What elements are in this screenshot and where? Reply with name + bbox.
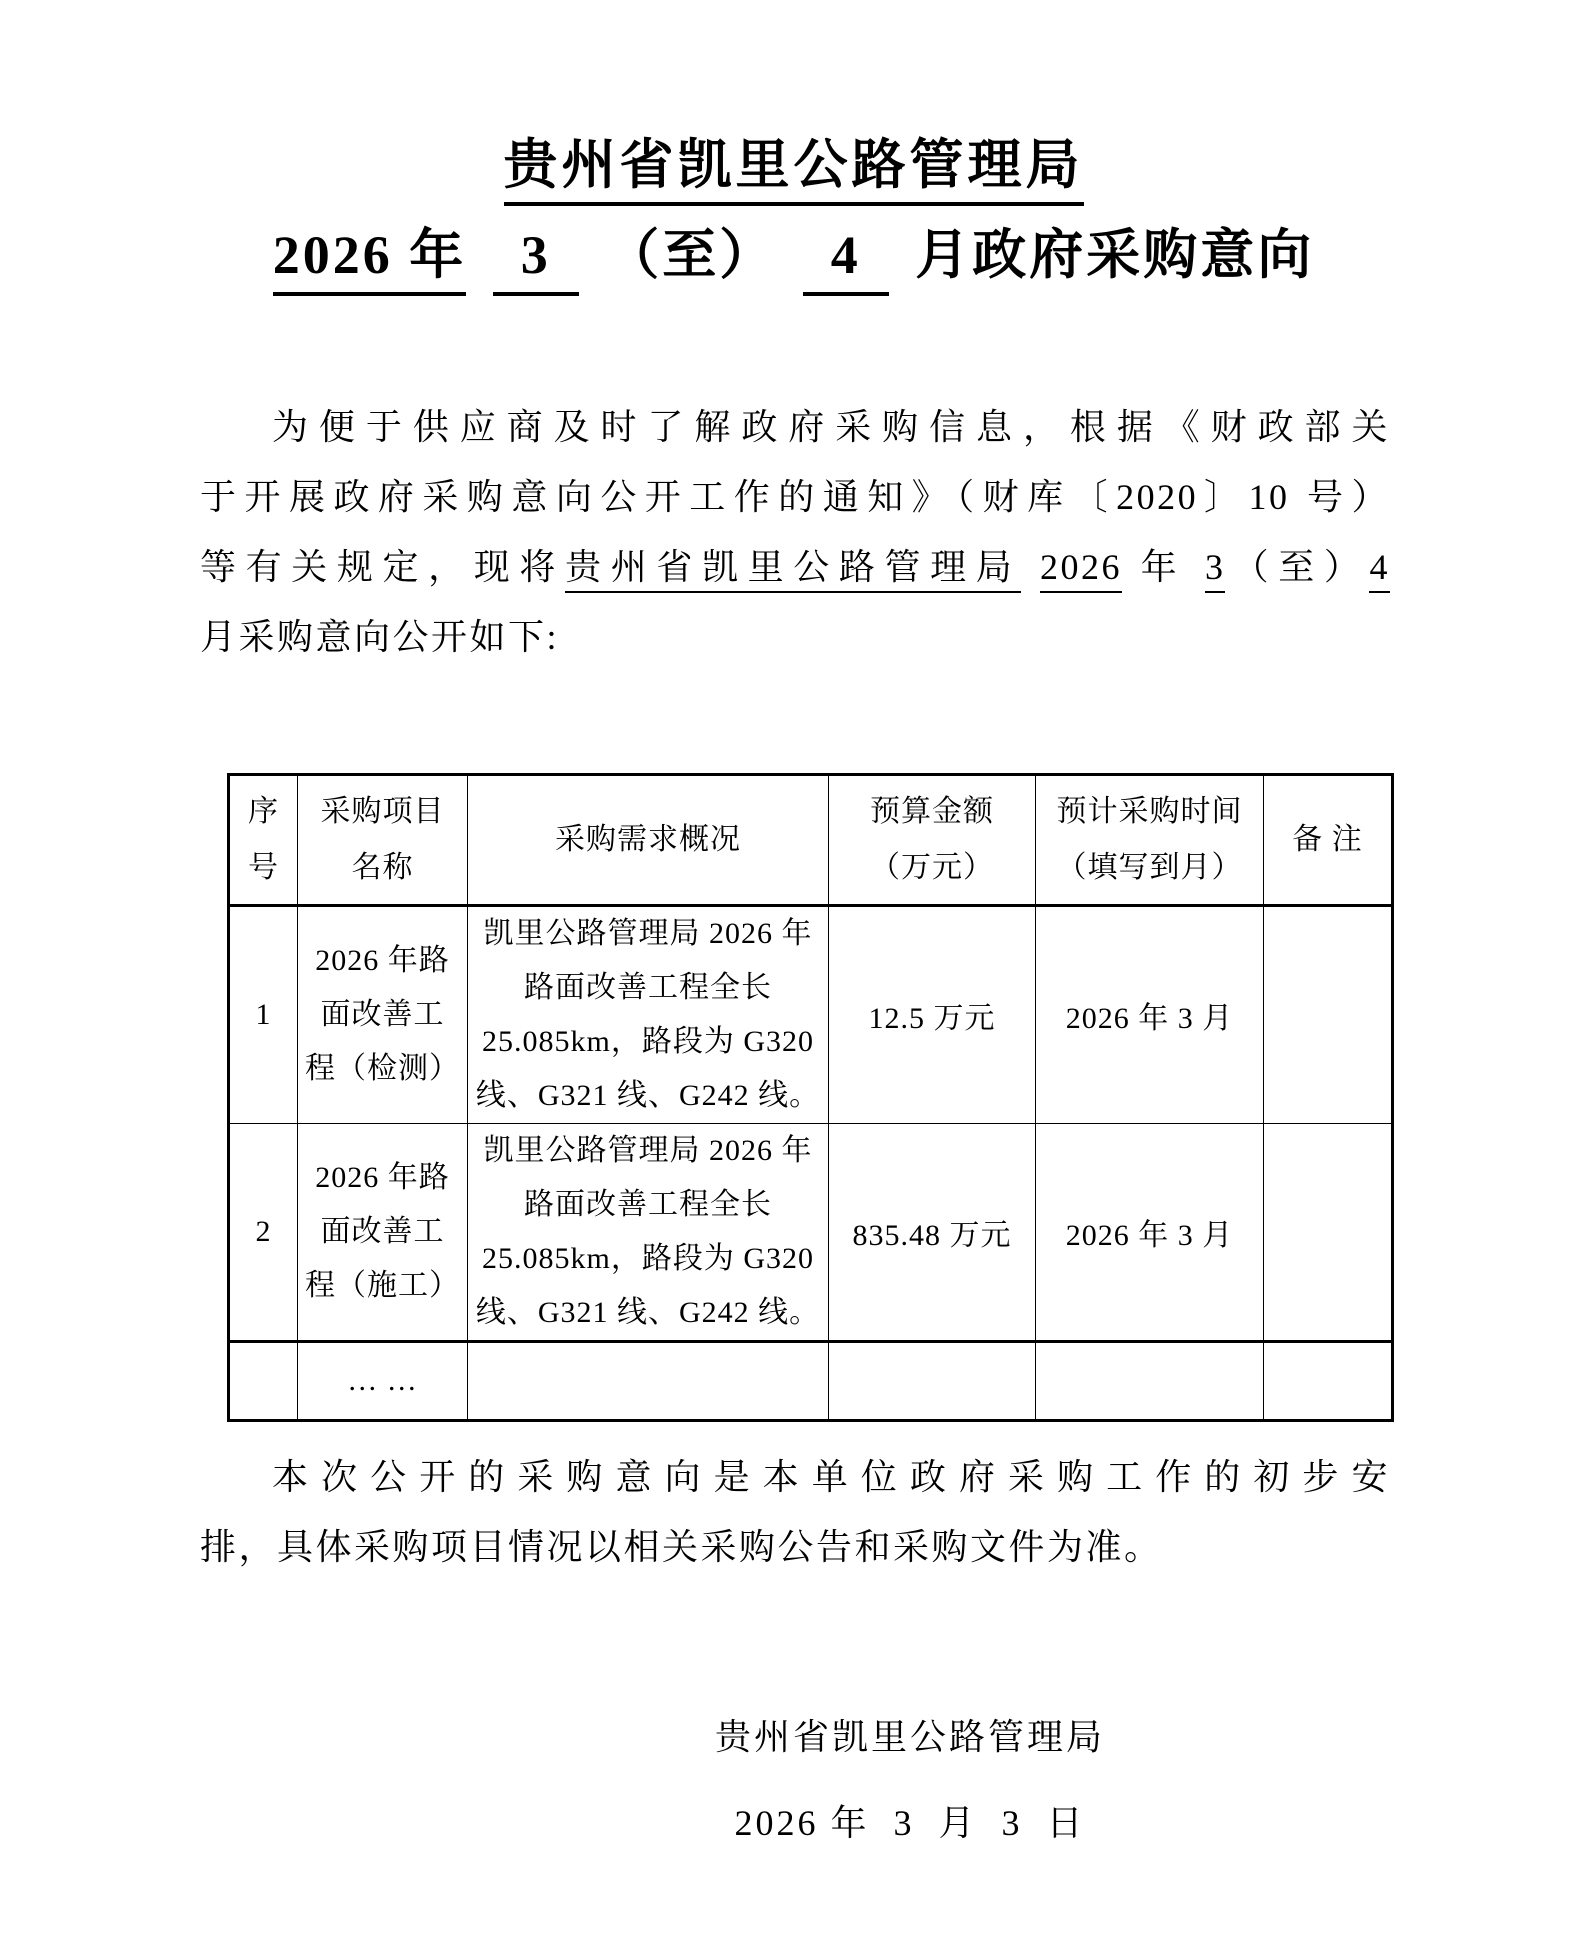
title-line-2: 2026 年 3 （至） 4 月政府采购意向 <box>0 228 1587 296</box>
cell-budget: 835.48 万元 <box>829 1124 1036 1342</box>
table-header-row: 序 号 采购项目 名称 采购需求概况 预算金额 （万元） 预计采购时间 （填写到… <box>229 775 1393 906</box>
title-line-1: 贵州省凯里公路管理局 <box>0 138 1587 206</box>
intro-line3-text3: （至） <box>1225 547 1369 587</box>
header-采购项目名称: 采购项目 名称 <box>298 775 468 906</box>
intro-paragraph: 为便于供应商及时了解政府采购信息，根据《财政部关 于开展政府采购意向公开工作的通… <box>200 392 1390 672</box>
cell-no <box>229 1342 298 1421</box>
cell-project-name-ellipsis: … … <box>298 1342 468 1421</box>
title-month-to: 4 <box>803 228 889 296</box>
procurement-table: 序 号 采购项目 名称 采购需求概况 预算金额 （万元） 预计采购时间 （填写到… <box>227 773 1394 1422</box>
title-to-label: （至） <box>605 228 776 292</box>
table-row-ellipsis: … … <box>229 1342 1393 1421</box>
cell-no: 1 <box>229 906 298 1124</box>
intro-line3-underlined-month-to: 4 <box>1369 547 1390 593</box>
intro-line3-space <box>1021 547 1040 587</box>
title-month-from: 3 <box>493 228 579 296</box>
intro-line3-text2: 年 <box>1122 547 1205 587</box>
cell-project-name: 2026 年路 面改善工 程（检测） <box>298 906 468 1124</box>
intro-line-3: 等有关规定，现将贵州省凯里公路管理局 2026 年 3（至）4 <box>200 532 1390 602</box>
header-预计采购时间: 预计采购时间 （填写到月） <box>1036 775 1264 906</box>
intro-line-4: 月采购意向公开如下: <box>200 602 1390 672</box>
document-title: 贵州省凯里公路管理局 2026 年 3 （至） 4 月政府采购意向 <box>0 138 1587 296</box>
closing-line-1: 本次公开的采购意向是本单位政府采购工作的初步安 <box>200 1442 1390 1512</box>
intro-line3-underlined-org: 贵州省凯里公路管理局 <box>565 547 1021 593</box>
table-row: 1 2026 年路 面改善工 程（检测） 凯里公路管理局 2026 年 路面改善… <box>229 906 1393 1124</box>
cell-note <box>1264 1124 1393 1342</box>
cell-time <box>1036 1342 1264 1421</box>
signature-org: 贵州省凯里公路管理局 <box>640 1694 1180 1780</box>
intro-line3-text1: 等有关规定，现将 <box>200 547 565 587</box>
intro-line3-underlined-month-from: 3 <box>1205 547 1226 593</box>
title-org-name: 贵州省凯里公路管理局 <box>504 138 1084 206</box>
cell-note <box>1264 906 1393 1124</box>
cell-budget <box>829 1342 1036 1421</box>
header-采购需求概况: 采购需求概况 <box>468 775 829 906</box>
cell-summary: 凯里公路管理局 2026 年 路面改善工程全长 25.085km，路段为 G32… <box>468 1124 829 1342</box>
cell-time: 2026 年 3 月 <box>1036 1124 1264 1342</box>
cell-no: 2 <box>229 1124 298 1342</box>
cell-summary <box>468 1342 829 1421</box>
document-page: 贵州省凯里公路管理局 2026 年 3 （至） 4 月政府采购意向 为便于供应商… <box>0 0 1587 1958</box>
cell-summary: 凯里公路管理局 2026 年 路面改善工程全长 25.085km，路段为 G32… <box>468 906 829 1124</box>
header-预算金额: 预算金额 （万元） <box>829 775 1036 906</box>
closing-line-2: 排，具体采购项目情况以相关采购公告和采购文件为准。 <box>200 1512 1390 1582</box>
cell-project-name: 2026 年路 面改善工 程（施工） <box>298 1124 468 1342</box>
intro-line-1: 为便于供应商及时了解政府采购信息，根据《财政部关 <box>200 392 1390 462</box>
header-备注: 备 注 <box>1264 775 1393 906</box>
cell-budget: 12.5 万元 <box>829 906 1036 1124</box>
intro-line-2: 于开展政府采购意向公开工作的通知》（财库〔2020〕10 号） <box>200 462 1390 532</box>
signature-date: 2026 年 3 月 3 日 <box>640 1780 1180 1866</box>
header-序号: 序 号 <box>229 775 298 906</box>
cell-note <box>1264 1342 1393 1421</box>
intro-line3-underlined-year: 2026 <box>1040 547 1122 593</box>
closing-paragraph: 本次公开的采购意向是本单位政府采购工作的初步安 排，具体采购项目情况以相关采购公… <box>200 1442 1390 1582</box>
title-tail: 月政府采购意向 <box>915 228 1314 292</box>
cell-time: 2026 年 3 月 <box>1036 906 1264 1124</box>
table-row: 2 2026 年路 面改善工 程（施工） 凯里公路管理局 2026 年 路面改善… <box>229 1124 1393 1342</box>
title-year: 2026 年 <box>273 228 467 296</box>
signature-block: 贵州省凯里公路管理局 2026 年 3 月 3 日 <box>640 1694 1180 1866</box>
